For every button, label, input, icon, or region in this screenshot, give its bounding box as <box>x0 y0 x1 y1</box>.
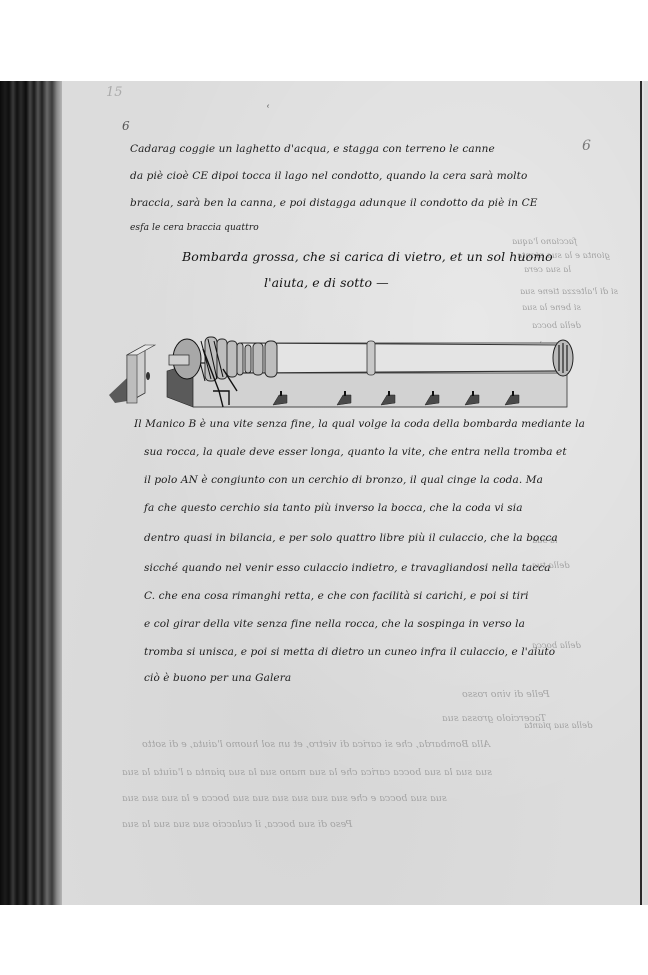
bleed-through-text: si bene la sua <box>522 303 581 313</box>
margin-mark-right: 6 <box>582 138 591 154</box>
heading-line-2: l'aiuta, e di sotto — <box>264 275 389 290</box>
heading-line-1: Bombarda grossa, che si carica di vietro… <box>182 249 553 264</box>
bleed-through-text: della bocca <box>532 321 581 331</box>
paragraph-1-line: braccia, sarà ben la canna, e poi distag… <box>130 197 538 209</box>
paragraph-2-line: C. che ena cosa rimanghi retta, e che co… <box>144 590 529 602</box>
cannon-illustration <box>105 333 595 413</box>
paragraph-2-line: e col girar della vite senza fine nella … <box>144 618 525 630</box>
paragraph-2-line: il polo AN è congiunto con un cerchio di… <box>144 474 543 486</box>
paragraph-2-line: ciò è buono per una Galera <box>144 672 291 684</box>
manuscript-page: facciano l'aqua gionta e la sua pianta l… <box>62 81 644 905</box>
folio-number: 6 <box>122 119 130 133</box>
bleed-through-text: la sua cera <box>524 265 571 275</box>
paragraph-2-line: sua rocca, la quale deve esser longa, qu… <box>144 446 567 458</box>
page-right-edge <box>640 81 642 905</box>
bleed-through-text: Peso di sua bocca, il culaccio sua sua s… <box>122 819 352 830</box>
paragraph-2-line: tromba si unisca, e poi si metta di diet… <box>144 646 555 658</box>
top-center-mark: ʿ <box>266 103 269 116</box>
faded-corner-mark: 15 <box>106 85 123 100</box>
paragraph-2-line: fa che questo cerchio sia tanto più inve… <box>144 502 523 514</box>
book-binding-edge <box>0 81 62 905</box>
manuscript-scan: facciano l'aqua gionta e la sua pianta l… <box>0 81 648 905</box>
paragraph-1-line: da piè cioè CE dipoi tocca il lago nel c… <box>130 170 527 182</box>
bleed-through-text: sua sua bocca e che sua sua sua sua sua … <box>122 793 447 804</box>
wedge-block-drawing <box>109 345 155 403</box>
bleed-through-text: Tacerciolo grossa sua <box>442 713 546 724</box>
bleed-through-text: sua sua la sua bocca carica che la sua m… <box>122 767 492 778</box>
paragraph-2-line: dentro quasi in bilancia, e per solo qua… <box>144 532 558 544</box>
paragraph-2-line: sicché quando nel venir esso culaccio in… <box>144 562 551 574</box>
bleed-through-text: si di l'altezza tiene sua <box>520 287 618 297</box>
paragraph-1-line: Cadarag coggie un laghetto d'acqua, e st… <box>130 143 495 155</box>
bleed-through-text: Alla Bombarda, che si carica di vietro, … <box>142 739 490 750</box>
paragraph-1-line: esfa le cera braccia quattro <box>130 223 259 233</box>
bleed-through-text: Pelle di vino rosso <box>462 689 549 700</box>
paragraph-2-line: Il Manico B è una vite senza fine, la qu… <box>134 418 585 430</box>
bleed-through-text: facciano l'aqua <box>512 237 577 247</box>
